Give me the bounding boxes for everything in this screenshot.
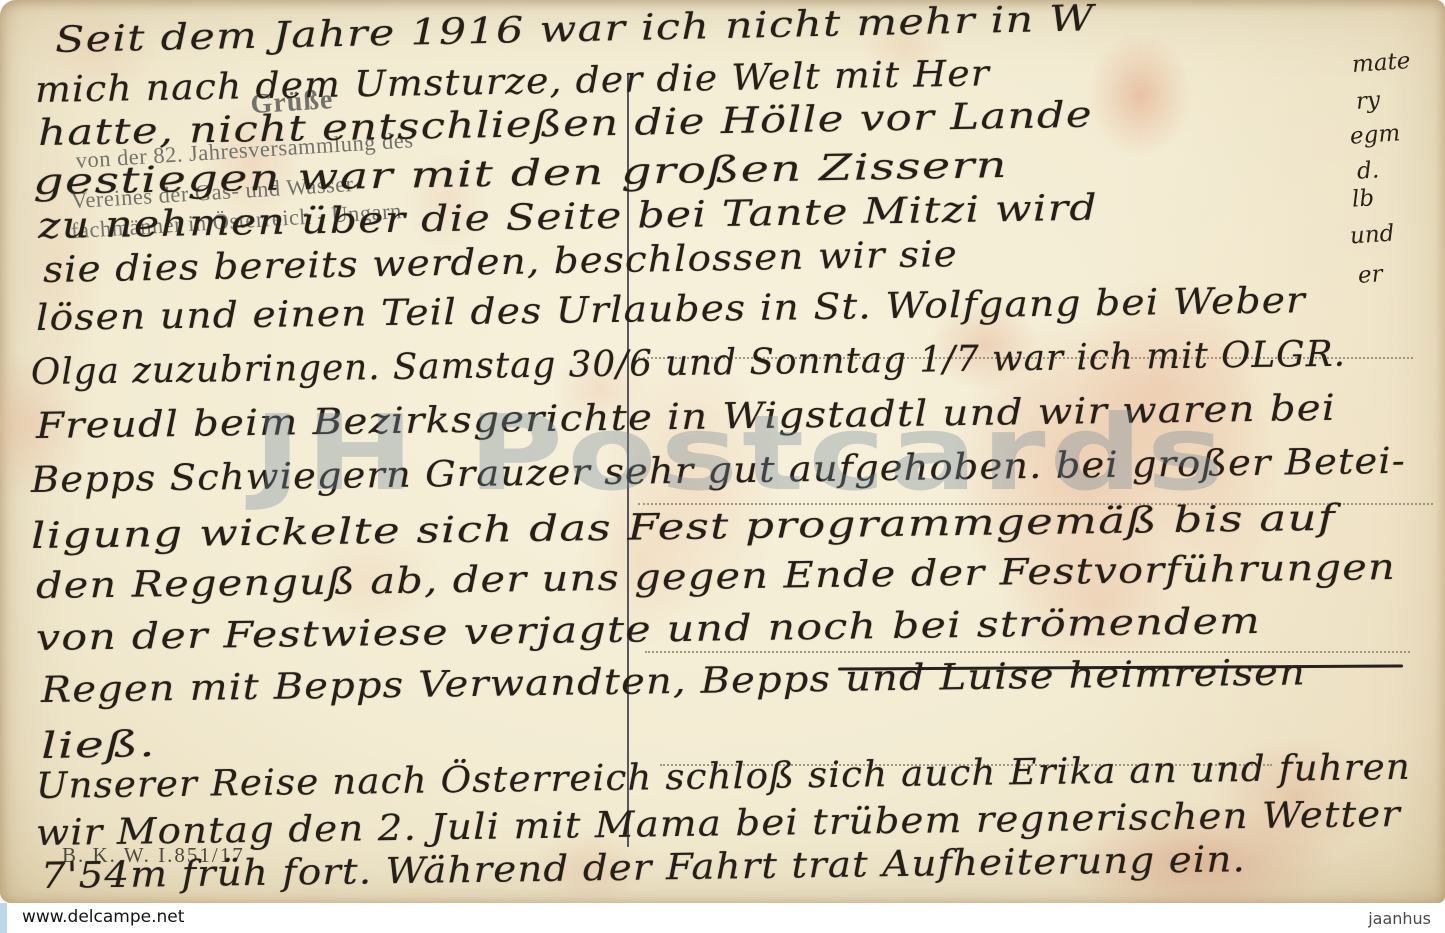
footer-strip: www.delcampe.net jaanhus <box>0 903 1445 933</box>
handwriting-line: den Regenguß ab, der uns gegen Ende der … <box>36 547 1396 607</box>
scan-artifact <box>0 903 7 933</box>
postcard-back: Grüße von der 82. Jahresversammlung des … <box>0 0 1445 903</box>
handwriting-margin-fragment: d. <box>1356 157 1380 184</box>
scanned-postcard-page: Grüße von der 82. Jahresversammlung des … <box>0 0 1445 933</box>
handwriting-line: Seit dem Jahre 1916 war ich nicht mehr i… <box>55 0 1096 61</box>
handwriting-margin-fragment: mate <box>1351 48 1411 78</box>
handwriting-margin-fragment: egm <box>1349 120 1401 149</box>
handwriting-line: Regen mit Bepps Verwandten, Bepps und Lu… <box>41 652 1306 711</box>
handwriting-margin-fragment: lb <box>1351 185 1375 212</box>
handwriting-line: Olga zuzubringen. Samstag 30/6 und Sonnt… <box>31 334 1346 393</box>
seller-name-watermark: jaanhus <box>1368 909 1431 928</box>
handwriting-margin-fragment: er <box>1357 261 1383 289</box>
handwriting-line: lösen und einen Teil des Urlaubes in St.… <box>36 280 1306 339</box>
handwriting-margin-fragment: und <box>1349 220 1395 249</box>
handwriting-line: ließ. <box>41 724 157 767</box>
seller-watermark: JH Postcards <box>253 392 1228 514</box>
handwriting-margin-fragment: ry <box>1355 87 1381 115</box>
delcampe-watermark: www.delcampe.net <box>22 907 184 927</box>
